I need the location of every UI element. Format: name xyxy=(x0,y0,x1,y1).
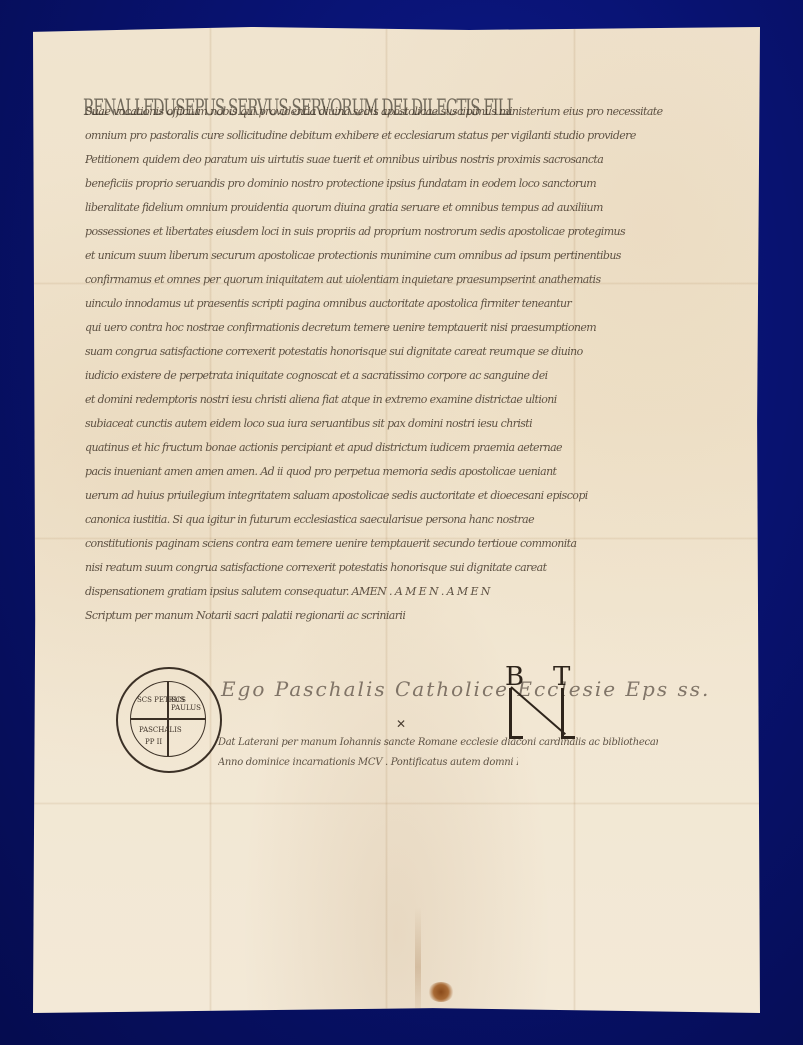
text-line: et unicum suum liberum securum apostolic… xyxy=(85,249,755,263)
text-line: suam congrua satisfactione correxerit po… xyxy=(85,345,755,359)
text-line: constitutionis paginam sciens contra eam… xyxy=(85,537,755,551)
text-line: uerum ad huius priuilegium integritatem … xyxy=(85,489,755,503)
text-line: nisi reatum suum congrua satisfactione c… xyxy=(85,561,755,575)
text-line: omnium pro pastoralis cure sollicitudine… xyxy=(85,129,755,143)
text-line: qui uero contra hoc nostrae confirmation… xyxy=(85,321,755,335)
text-line: dispensationem gratiam ipsius salutem co… xyxy=(85,585,645,599)
text-line: beneficiis proprio seruandis pro dominio… xyxy=(85,177,755,191)
rota-quadrant-text: SCS PAULUS xyxy=(171,696,205,712)
text-line: et domini redemptoris nostri iesu christ… xyxy=(85,393,755,407)
text-line: liberalitate fidelium omnium prouidentia… xyxy=(85,201,755,215)
text-line: pacis inueniant amen amen amen. Ad ii qu… xyxy=(85,465,755,479)
rota-inner-circle: SCS PETRUS SCS PAULUS PASCHALIS PP II xyxy=(130,681,206,757)
bene-valete-monogram: B T xyxy=(505,662,595,742)
text-line: possessiones et libertates eiusdem loci … xyxy=(85,225,755,239)
rota-quadrant-text: PP II xyxy=(145,738,162,746)
text-line: canonica iustitia. Si qua igitur in futu… xyxy=(85,513,755,527)
text-line: Scriptum per manum Notarii sacri palatii… xyxy=(85,609,465,623)
monogram-stroke xyxy=(509,688,512,738)
ink-stain xyxy=(428,982,454,1002)
dating-clause: Anno dominice incarnationis MCV . Pontif… xyxy=(218,757,518,768)
text-line: Petitionem quidem deo paratum uis uirtut… xyxy=(85,153,755,167)
rota-cross-vertical xyxy=(167,682,169,756)
papal-signature: Ego Paschalis Catholice Ecclesie Eps ss. xyxy=(221,677,710,701)
monogram-letter-b: B xyxy=(505,662,524,692)
text-line: confirmamus et omnes per quorum iniquita… xyxy=(85,273,755,287)
text-line: Suae vocationis officium nobis qui provi… xyxy=(85,105,745,119)
parchment-document: RENALLFDUSEPUS SERVUS SERVORUM DEI DILEC… xyxy=(33,27,760,1013)
text-line: quatinus et hic fructum bonae actionis p… xyxy=(85,441,755,455)
rota-quadrant-text: PASCHALIS xyxy=(139,726,182,734)
water-stain xyxy=(415,907,421,1027)
dating-clause: Dat Laterani per manum Iohannis sancte R… xyxy=(218,737,658,748)
fold-crease xyxy=(33,802,760,805)
text-line: iudicio existere de perpetrata iniquitat… xyxy=(85,369,755,383)
monogram-diagonal xyxy=(510,686,566,735)
cross-mark-icon: ✕ xyxy=(396,717,406,731)
text-line: subiaceat cunctis autem eidem loco sua i… xyxy=(85,417,755,431)
text-line: uinculo innodamus ut praesentis scripti … xyxy=(85,297,755,311)
papal-rota-seal: SCS PETRUS SCS PAULUS PASCHALIS PP II xyxy=(116,667,222,773)
